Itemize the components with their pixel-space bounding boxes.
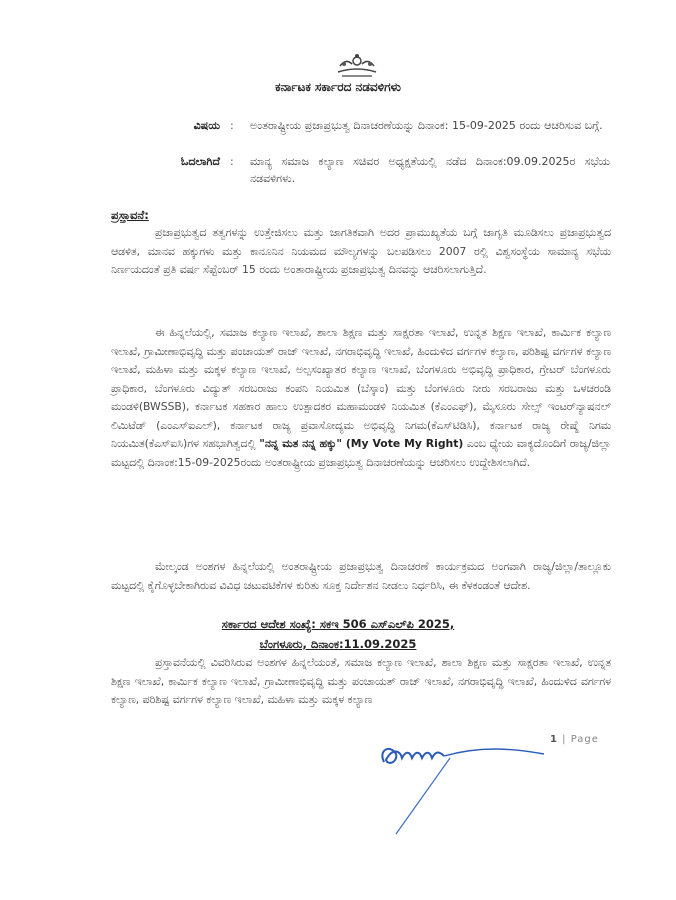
reference-colon: :	[230, 153, 234, 170]
subject-value: ಅಂತರಾಷ್ಟ್ರೀಯ ಪ್ರಜಾಪ್ರಭುತ್ವ ದಿನಾಚರಣೆಯನ್ನು…	[250, 117, 610, 134]
preamble-paragraph-2: ಈ ಹಿನ್ನಲೆಯಲ್ಲಿ, ಸಮಾಜ ಕಲ್ಯಾಣ ಇಲಾಖೆ, ಶಾಲಾ …	[111, 324, 611, 472]
preamble-paragraph-1: ಪ್ರಜಾಪ್ರಭುತ್ವದ ತತ್ವಗಳನ್ನು ಉತ್ತೇಜಿಸಲು ಮತ್…	[111, 224, 611, 280]
government-order-place-date: ಬೆಂಗಳೂರು, ದಿನಾಂಕ:11.09.2025	[0, 634, 676, 654]
preamble-paragraph-3: ಮೇಲ್ಕಂಡ ಅಂಶಗಳ ಹಿನ್ನಲೆಯಲ್ಲಿ ಅಂತರಾಷ್ಟ್ರೀಯ …	[111, 558, 611, 595]
subject-label: ವಿಷಯ	[140, 117, 220, 134]
karnataka-government-emblem-icon	[332, 52, 382, 80]
document-page: ಕರ್ನಾಟಕ ಸರ್ಕಾರದ ನಡವಳಿಗಳು ವಿಷಯ : ಅಂತರಾಷ್ಟ…	[0, 0, 676, 900]
subject-row: ವಿಷಯ : ಅಂತರಾಷ್ಟ್ರೀಯ ಪ್ರಜಾಪ್ರಭುತ್ವ ದಿನಾಚರ…	[140, 117, 610, 157]
page-label: Page	[571, 734, 599, 745]
reference-value: ಮಾನ್ಯ ಸಮಾಜ ಕಲ್ಯಾಣ ಸಚಿವರ ಅಧ್ಯಕ್ಷತೆಯಲ್ಲಿ ನ…	[250, 153, 610, 187]
slogan: "ನನ್ನ ಮತ ನನ್ನ ಹಕ್ಕು" (My Vote My Right)	[259, 437, 463, 450]
subject-colon: :	[230, 117, 234, 134]
reference-label: ಓದಲಾಗಿದೆ	[140, 153, 220, 170]
reference-row: ಓದಲಾಗಿದೆ : ಮಾನ್ಯ ಸಮಾಜ ಕಲ್ಯಾಣ ಸಚಿವರ ಅಧ್ಯಕ…	[140, 153, 610, 193]
government-order-number: ಸರ್ಕಾರದ ಆದೇಶ ಸಂಖ್ಯೆ: ಸಕಇ 506 ಎಸ್‌ಎಲ್‌ಪಿ …	[0, 614, 676, 634]
handwritten-signature-icon	[370, 740, 570, 840]
order-paragraph: ಪ್ರಸ್ತಾವನೆಯಲ್ಲಿ ವಿವರಿಸಿರುವ ಅಂಶಗಳ ಹಿನ್ನಲೆ…	[111, 654, 611, 710]
preamble-heading: ಪ್ರಸ್ತಾವನೆ:	[111, 208, 149, 223]
preamble-paragraph-2-text-a: ಈ ಹಿನ್ನಲೆಯಲ್ಲಿ, ಸಮಾಜ ಕಲ್ಯಾಣ ಇಲಾಖೆ, ಶಾಲಾ …	[111, 326, 611, 450]
document-title: ಕರ್ನಾಟಕ ಸರ್ಕಾರದ ನಡವಳಿಗಳು	[0, 80, 676, 95]
